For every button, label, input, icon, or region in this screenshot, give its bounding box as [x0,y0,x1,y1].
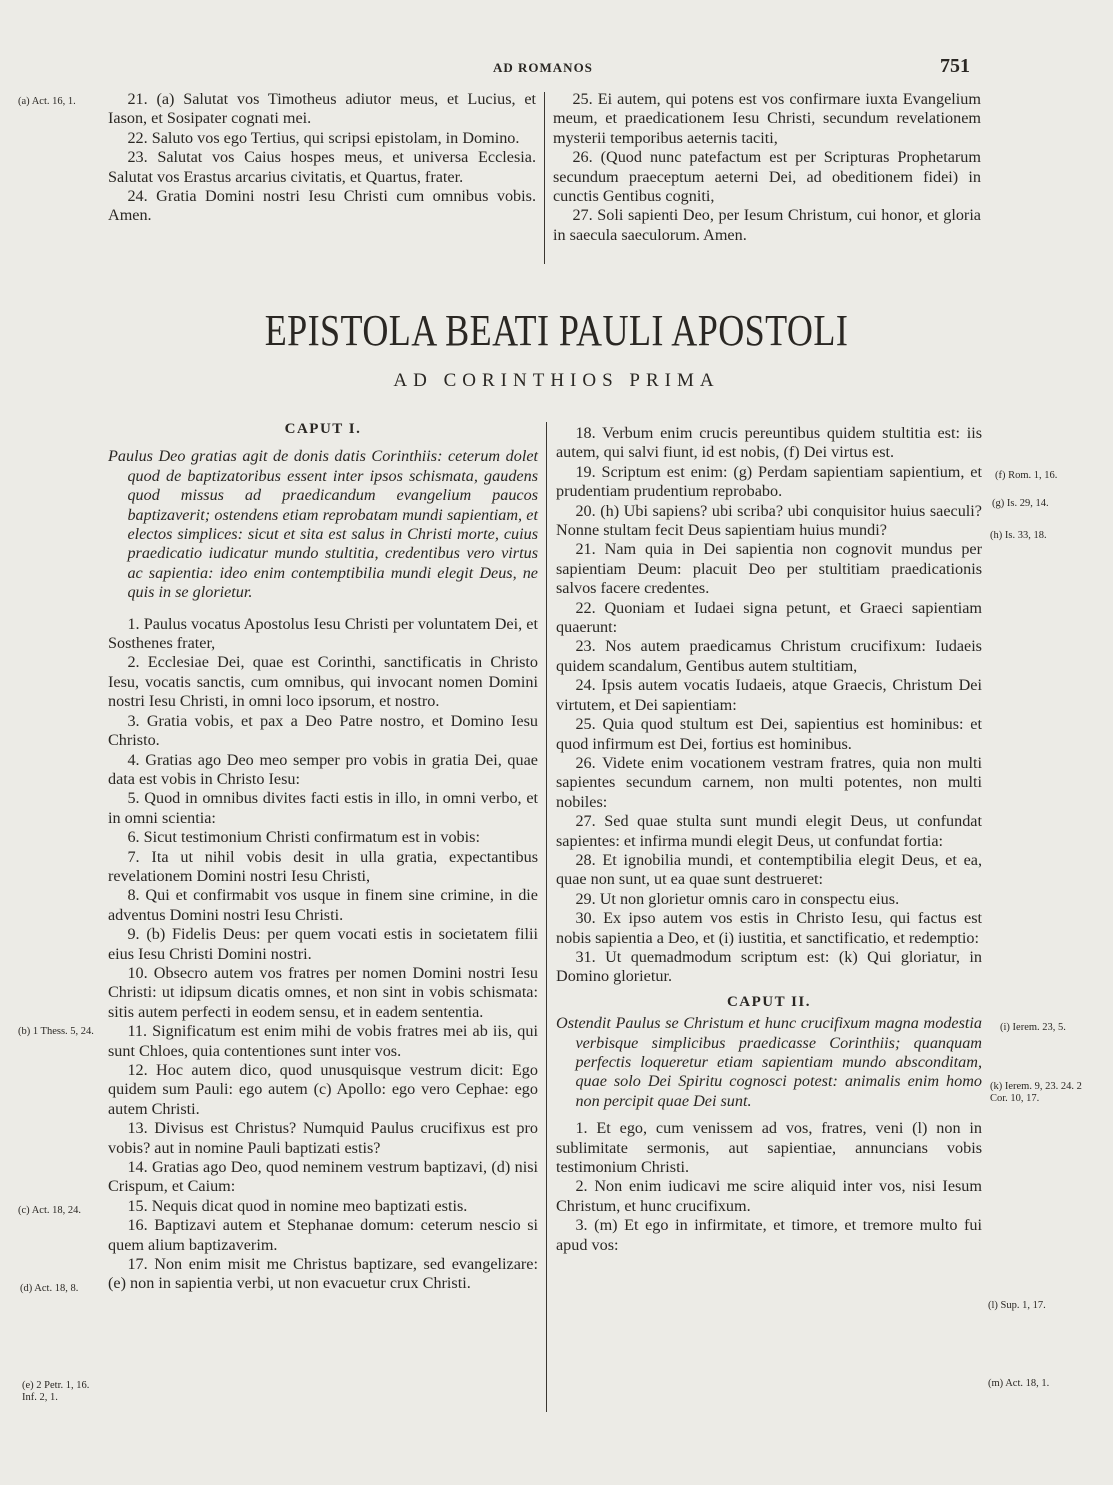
romans-left-column: 21. (a) Salutat vos Timotheus adiutor me… [108,90,536,226]
verse: 29. Ut non glorietur omnis caro in consp… [556,890,982,909]
verse: 18. Verbum enim crucis pereuntibus quide… [556,424,982,463]
verse: 1. Et ego, cum venissem ad vos, fratres,… [556,1119,982,1177]
chapter1-left-column: CAPUT I. Paulus Deo gratias agit de doni… [108,420,538,1294]
verse: 1. Paulus vocatus Apostolus Iesu Christi… [108,615,538,654]
romans-right-column: 25. Ei autem, qui potens est vos confirm… [553,90,981,245]
verse: 22. Quoniam et Iudaei signa petunt, et G… [556,599,982,638]
marginal-note-c: (c) Act. 18, 24. [18,1205,81,1217]
marginal-note-g: (g) Is. 29, 14. [992,498,1049,510]
verse: 24. Ipsis autem vocatis Iudaeis, atque G… [556,676,982,715]
chapter-summary: Paulus Deo gratias agit de donis datis C… [108,447,538,602]
verse: 23. Salutat vos Caius hospes meus, et un… [108,148,536,187]
verse: 16. Baptizavi autem et Stephanae domum: … [108,1216,538,1255]
marginal-note-d: (d) Act. 18, 8. [20,1283,78,1295]
chapter1-right-column: 18. Verbum enim crucis pereuntibus quide… [556,424,982,1255]
verse: 23. Nos autem praedicamus Christum cruci… [556,637,982,676]
verse: 5. Quod in omnibus divites facti estis i… [108,789,538,828]
marginal-note-l: (l) Sup. 1, 17. [988,1300,1046,1312]
verse: 26. Videte enim vocationem vestram fratr… [556,754,982,812]
verse: 13. Divisus est Christus? Numquid Paulus… [108,1119,538,1158]
verse: 17. Non enim misit me Christus baptizare… [108,1255,538,1294]
chapter-heading: CAPUT I. [108,420,538,439]
verse: 20. (h) Ubi sapiens? ubi scriba? ubi con… [556,502,982,541]
verse: 3. (m) Et ego in infirmitate, et timore,… [556,1216,982,1255]
verse: 22. Saluto vos ego Tertius, qui scripsi … [108,129,536,148]
marginal-note-i: (i) Ierem. 23, 5. [1000,1022,1100,1034]
verse: 30. Ex ipso autem vos estis in Christo I… [556,909,982,948]
epistle-subtitle: AD CORINTHIOS PRIMA [0,370,1113,392]
marginal-note-h: (h) Is. 33, 18. [990,530,1047,542]
chapter-heading: CAPUT II. [556,993,982,1012]
column-divider [544,92,545,264]
verse: 14. Gratias ago Deo, quod neminem vestru… [108,1158,538,1197]
marginal-note-a: (a) Act. 16, 1. [18,96,76,108]
verse: 2. Ecclesiae Dei, quae est Corinthi, san… [108,653,538,711]
verse: 11. Significatum est enim mihi de vobis … [108,1022,538,1061]
verse: 3. Gratia vobis, et pax a Deo Patre nost… [108,712,538,751]
marginal-note-k: (k) Ierem. 9, 23. 24. 2 Cor. 10, 17. [990,1081,1100,1105]
verse: 2. Non enim iudicavi me scire aliquid in… [556,1177,982,1216]
verse: 4. Gratias ago Deo meo semper pro vobis … [108,751,538,790]
epistle-title: EPISTOLA BEATI PAULI APOSTOLI [100,305,1013,356]
page-number: 751 [940,55,970,78]
verse: 26. (Quod nunc patefactum est per Script… [553,148,981,206]
running-head: AD ROMANOS [493,60,593,76]
verse: 21. (a) Salutat vos Timotheus adiutor me… [108,90,536,129]
verse: 10. Obsecro autem vos fratres per nomen … [108,964,538,1022]
verse: 25. Ei autem, qui potens est vos confirm… [553,90,981,148]
verse: 25. Quia quod stultum est Dei, sapientiu… [556,715,982,754]
marginal-note-m: (m) Act. 18, 1. [988,1378,1049,1390]
verse: 21. Nam quia in Dei sapientia non cognov… [556,540,982,598]
verse: 28. Et ignobilia mundi, et contemptibili… [556,851,982,890]
verse: 31. Ut quemadmodum scriptum est: (k) Qui… [556,948,982,987]
verse: 27. Sed quae stulta sunt mundi elegit De… [556,812,982,851]
verse: 9. (b) Fidelis Deus: per quem vocati est… [108,925,538,964]
marginal-note-b: (b) 1 Thess. 5, 24. [18,1026,98,1038]
marginal-note-e: (e) 2 Petr. 1, 16. Inf. 2, 1. [22,1380,102,1404]
verse: 27. Soli sapienti Deo, per Iesum Christu… [553,206,981,245]
marginal-note-f: (f) Rom. 1, 16. [995,470,1105,482]
verse: 7. Ita ut nihil vobis desit in ulla grat… [108,848,538,887]
column-divider [546,422,547,1412]
verse: 19. Scriptum est enim: (g) Perdam sapien… [556,463,982,502]
verse: 12. Hoc autem dico, quod unusquisque ves… [108,1061,538,1119]
chapter-summary: Ostendit Paulus se Christum et hunc cruc… [556,1014,982,1111]
verse: 24. Gratia Domini nostri Iesu Christi cu… [108,187,536,226]
verse: 6. Sicut testimonium Christi confirmatum… [108,828,538,847]
verse: 15. Nequis dicat quod in nomine meo bapt… [108,1197,538,1216]
verse: 8. Qui et confirmabit vos usque in finem… [108,886,538,925]
